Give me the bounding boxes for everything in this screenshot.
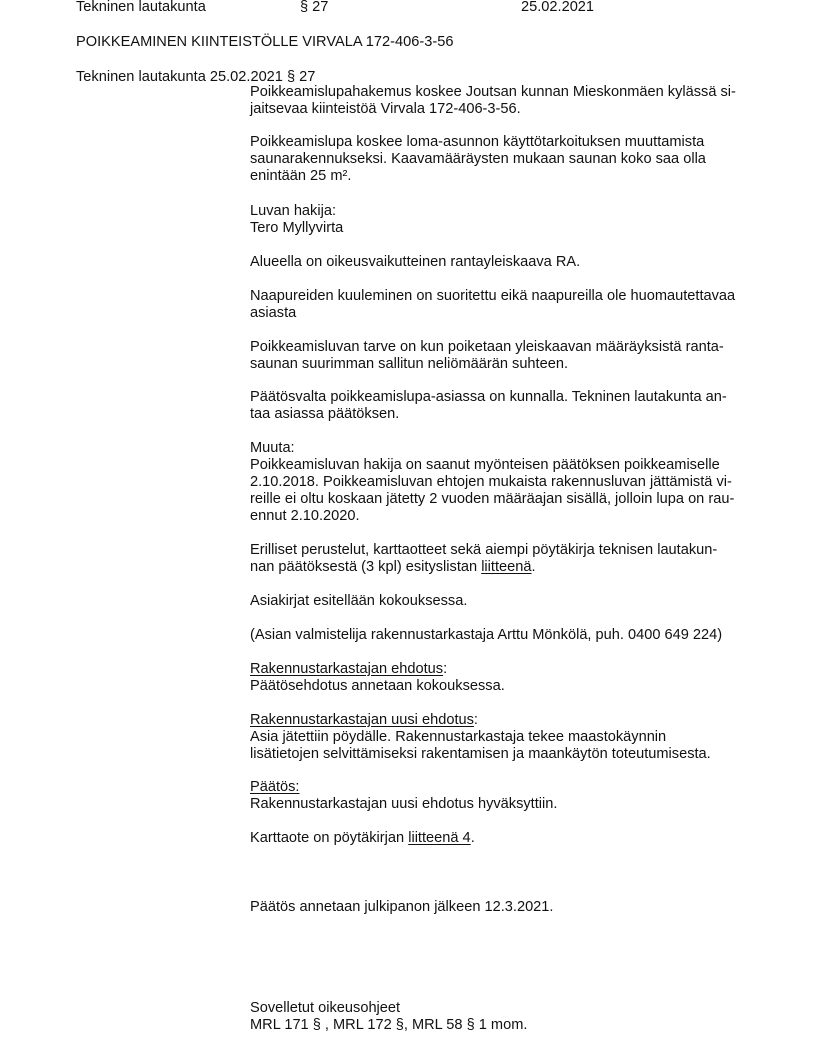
paragraph-line: Asiakirjat esitellään kokouksessa.: [250, 593, 467, 610]
attachment-4-link[interactable]: liitteenä 4: [408, 830, 470, 846]
decision-text: Rakennustarkastajan uusi ehdotus hyväksy…: [250, 796, 557, 813]
proposal-heading: Rakennustarkastajan ehdotus: [250, 661, 443, 677]
paragraph-line: asiasta: [250, 305, 296, 322]
punctuation: :: [474, 712, 478, 728]
legal-references: MRL 171 § , MRL 172 §, MRL 58 § 1 mom.: [250, 1017, 527, 1034]
applicant-label: Luvan hakija:: [250, 203, 336, 220]
paragraph-line: Poikkeamisluvan tarve on kun poiketaan y…: [250, 339, 724, 356]
paragraph-line: Naapureiden kuuleminen on suoritettu eik…: [250, 288, 735, 305]
paragraph-line: jaitsevaa kiinteistöä Virvala 172-406-3-…: [250, 101, 521, 118]
new-proposal-heading: Rakennustarkastajan uusi ehdotus: [250, 712, 474, 728]
punctuation: .: [532, 559, 536, 575]
paragraph-line: enintään 25 m².: [250, 168, 351, 185]
map-note-text: Karttaote on pöytäkirjan: [250, 830, 408, 846]
paragraph-line: saunan suurimman sallitun neliömäärän su…: [250, 356, 568, 373]
paragraph-line: saunarakennukseksi. Kaavamääräysten muka…: [250, 151, 706, 168]
map-note: Karttaote on pöytäkirjan liitteenä 4.: [250, 830, 475, 847]
paragraph-line: Poikkeamisluvan hakija on saanut myöntei…: [250, 457, 720, 474]
paragraph-line: Erilliset perustelut, karttaotteet sekä …: [250, 542, 717, 559]
decision-heading: Päätös:: [250, 779, 300, 796]
proposal-text: Päätösehdotus annetaan kokouksessa.: [250, 678, 505, 695]
paragraph-line: reille ei oltu koskaan jätetty 2 vuoden …: [250, 491, 734, 508]
attachment-link[interactable]: liitteenä: [481, 559, 531, 575]
paragraph-line: nan päätöksestä (3 kpl) esityslistan lii…: [250, 559, 536, 576]
committee-name: Tekninen lautakunta: [76, 0, 206, 16]
paragraph-line: Päätösvalta poikkeamislupa-asiassa on ku…: [250, 389, 727, 406]
paragraph-text: nan päätöksestä (3 kpl) esityslistan: [250, 559, 481, 575]
other-label: Muuta:: [250, 440, 295, 457]
paragraph-line: ennut 2.10.2020.: [250, 508, 360, 525]
section-number: § 27: [300, 0, 328, 16]
paragraph-line: Poikkeamislupa koskee loma-asunnon käytt…: [250, 134, 704, 151]
proposal-heading-line: Rakennustarkastajan ehdotus:: [250, 661, 447, 678]
publication-note: Päätös annetaan julkipanon jälkeen 12.3.…: [250, 899, 553, 916]
punctuation: .: [471, 830, 475, 846]
preparer-line: (Asian valmistelija rakennustarkastaja A…: [250, 627, 722, 644]
paragraph-line: taa asiassa päätöksen.: [250, 406, 399, 423]
paragraph-line: Poikkeamislupahakemus koskee Joutsan kun…: [250, 84, 736, 101]
new-proposal-heading-line: Rakennustarkastajan uusi ehdotus:: [250, 712, 478, 729]
applicant-name: Tero Myllyvirta: [250, 220, 343, 237]
paragraph-line: 2.10.2018. Poikkeamisluvan ehtojen mukai…: [250, 474, 732, 491]
legal-heading: Sovelletut oikeusohjeet: [250, 1000, 400, 1017]
punctuation: :: [443, 661, 447, 677]
paragraph-line: Alueella on oikeusvaikutteinen rantaylei…: [250, 254, 580, 271]
new-proposal-text: lisätietojen selvittämiseksi rakentamise…: [250, 746, 711, 763]
meeting-date: 25.02.2021: [521, 0, 594, 16]
new-proposal-text: Asia jätettiin pöydälle. Rakennustarkast…: [250, 729, 666, 746]
document-title: POIKKEAMINEN KIINTEISTÖLLE VIRVALA 172-4…: [76, 34, 453, 51]
decision-heading-text: Päätös:: [250, 779, 300, 795]
